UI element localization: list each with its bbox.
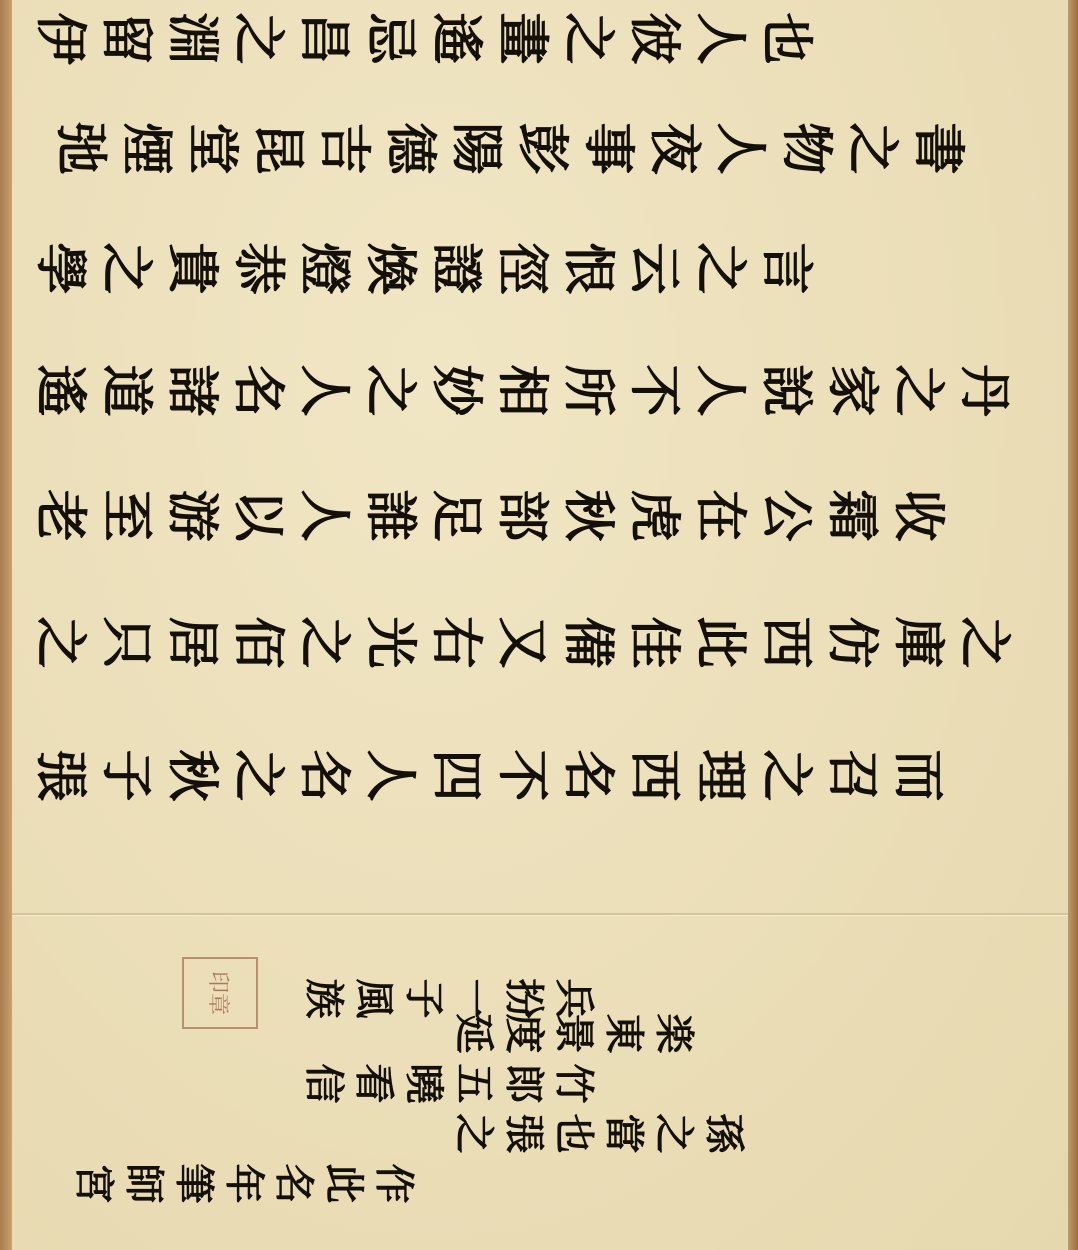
text-column-7: 張子秋之名人四不名西理之召而 [32,745,956,820]
scroll-mount-right [1068,0,1078,1250]
text-column-2: 弛煙堂昆吉德陽彭事夜人物之書 [52,118,976,193]
seal-stamp: 印章 [182,957,258,1029]
text-column-4: 遙道諸名人之妙相所不人說家之丹 [32,360,1022,435]
colophon-line-5: 宮師筆年名此作 [72,1160,422,1217]
scroll-mount-left [0,0,12,1250]
text-column-5: 老至游以人誰足部秋虎在公霜收 [32,485,956,560]
paper-fold-line [12,913,1068,915]
text-column-6: 之只居佰之光右又備佳此西仿庫之 [32,612,1022,687]
colophon-line-3: 信看曉五郎竹 [302,1060,602,1117]
colophon-line-2: 延度景東楽 [452,1010,702,1067]
calligraphy-paper: 伊留淵之昌忌遙畫之彼人也 弛煙堂昆吉德陽彭事夜人物之書 學之貴恭燈煥證徑恨云之言… [12,0,1068,1250]
text-column-1: 伊留淵之昌忌遙畫之彼人也 [32,8,824,83]
text-column-3: 學之貴恭燈煥證徑恨云之言 [32,238,824,313]
colophon-line-4: 之張也當之孫 [452,1110,752,1167]
